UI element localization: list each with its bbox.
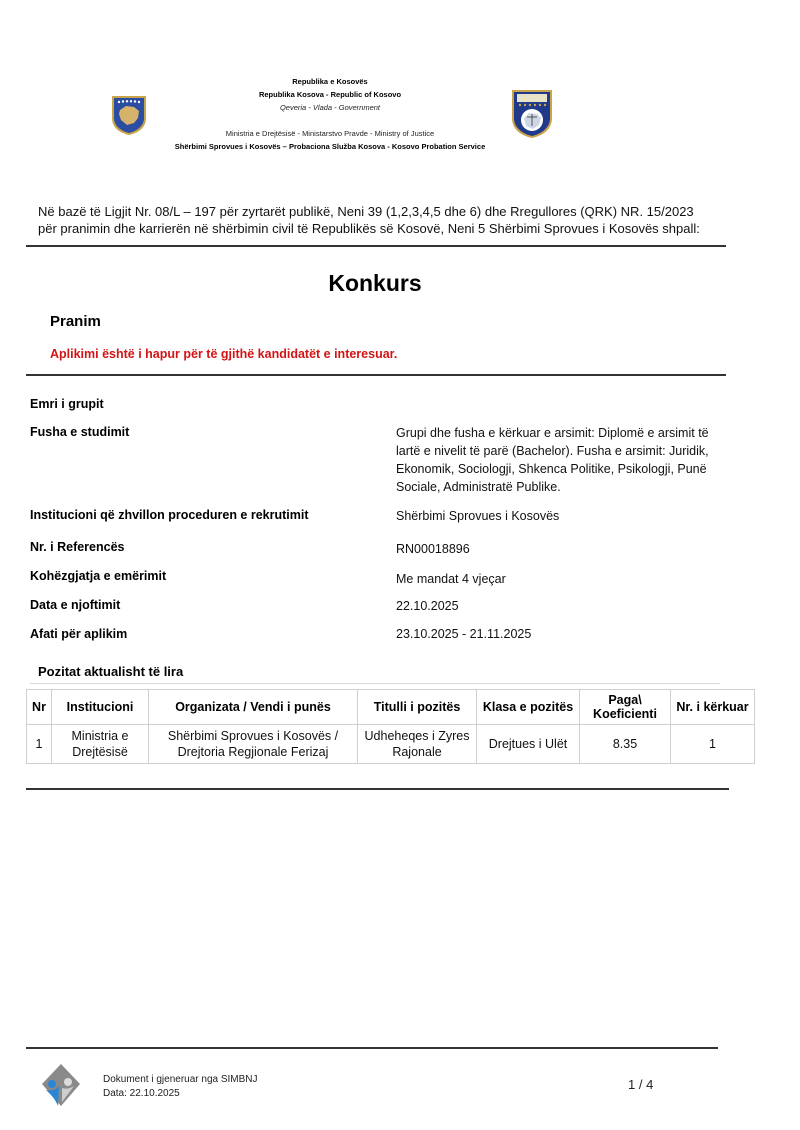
cell-salary-coefficient: 8.35 bbox=[580, 725, 671, 764]
legal-basis-text: Në bazë të Ligjit Nr. 08/L – 197 për zyr… bbox=[38, 203, 738, 237]
divider bbox=[26, 788, 729, 790]
cell-position-class: Drejtues i Ulët bbox=[477, 725, 580, 764]
cell-position-title: Udheheqes i Zyres Rajonale bbox=[358, 725, 477, 764]
generated-date: Data: 22.10.2025 bbox=[103, 1087, 258, 1101]
legal-basis-line-2: për pranimin dhe karrierën në shërbimin … bbox=[38, 220, 738, 237]
detail-value-appointment-duration: Me mandat 4 vjeçar bbox=[396, 570, 506, 588]
header-government: Qeveria - Vlada - Government bbox=[130, 104, 530, 112]
cell-organization: Shërbimi Sprovues i Kosovës / Drejtoria … bbox=[149, 725, 358, 764]
salary-header-text: Paga\ Koeficienti bbox=[593, 693, 657, 721]
vacancies-table: Nr Institucioni Organizata / Vendi i pun… bbox=[26, 689, 755, 764]
footer-divider bbox=[26, 1047, 718, 1049]
legal-basis-line-1: Në bazë të Ligjit Nr. 08/L – 197 për zyr… bbox=[38, 203, 738, 220]
header-service: Shërbimi Sprovues i Kosovës – Probaciona… bbox=[130, 143, 530, 151]
divider bbox=[26, 374, 726, 376]
detail-label-reference-number: Nr. i Referencës bbox=[30, 540, 125, 554]
table-header-row: Nr Institucioni Organizata / Vendi i pun… bbox=[27, 690, 755, 725]
footer-text: Dokument i gjeneruar nga SIMBNJ Data: 22… bbox=[103, 1073, 258, 1101]
vacancies-heading-underline bbox=[30, 683, 720, 684]
column-header-nr: Nr bbox=[27, 690, 52, 725]
generated-by: Dokument i gjeneruar nga SIMBNJ bbox=[103, 1073, 258, 1087]
detail-value-field-of-study: Grupi dhe fusha e kërkuar e arsimit: Dip… bbox=[396, 424, 726, 496]
cell-institution: Ministria e Drejtësisë bbox=[52, 725, 149, 764]
page-title: Konkurs bbox=[0, 270, 750, 297]
detail-value-recruiting-institution: Shërbimi Sprovues i Kosovës bbox=[396, 507, 559, 525]
header-republic-multilingual: Republika Kosova - Republic of Kosovo bbox=[130, 91, 530, 99]
page-number: 1 / 4 bbox=[628, 1077, 653, 1092]
header-ministry: Ministria e Drejtësisë - Ministarstvo Pr… bbox=[130, 130, 530, 138]
column-header-institution: Institucioni bbox=[52, 690, 149, 725]
detail-label-recruiting-institution: Institucioni që zhvillon proceduren e re… bbox=[30, 508, 309, 522]
table-row: 1 Ministria e Drejtësisë Shërbimi Sprovu… bbox=[27, 725, 755, 764]
detail-label-group-name: Emri i grupit bbox=[30, 397, 104, 411]
column-header-salary-coefficient: Paga\ Koeficienti bbox=[580, 690, 671, 725]
vacancies-heading: Pozitat aktualisht të lira bbox=[38, 664, 183, 679]
detail-value-application-deadline: 23.10.2025 - 21.11.2025 bbox=[396, 625, 531, 643]
detail-label-field-of-study: Fusha e studimit bbox=[30, 425, 129, 439]
column-header-position-title: Titulli i pozitës bbox=[358, 690, 477, 725]
detail-value-reference-number: RN00018896 bbox=[396, 540, 470, 558]
probation-service-emblem-icon bbox=[510, 88, 554, 140]
divider bbox=[26, 245, 726, 247]
column-header-organization: Organizata / Vendi i punës bbox=[149, 690, 358, 725]
cell-nr: 1 bbox=[27, 725, 52, 764]
cell-number-required: 1 bbox=[671, 725, 755, 764]
detail-label-notice-date: Data e njoftimit bbox=[30, 598, 120, 612]
detail-value-notice-date: 22.10.2025 bbox=[396, 597, 459, 615]
header-republic: Republika e Kosovës bbox=[130, 78, 530, 86]
simbnj-logo-icon bbox=[40, 1062, 82, 1108]
detail-label-appointment-duration: Kohëzgjatja e emërimit bbox=[30, 569, 166, 583]
detail-label-application-deadline: Afati për aplikim bbox=[30, 627, 127, 641]
column-header-position-class: Klasa e pozitës bbox=[477, 690, 580, 725]
announcement-type: Pranim bbox=[50, 313, 101, 330]
application-notice: Aplikimi është i hapur për të gjithë kan… bbox=[50, 347, 397, 361]
column-header-number-required: Nr. i kërkuar bbox=[671, 690, 755, 725]
